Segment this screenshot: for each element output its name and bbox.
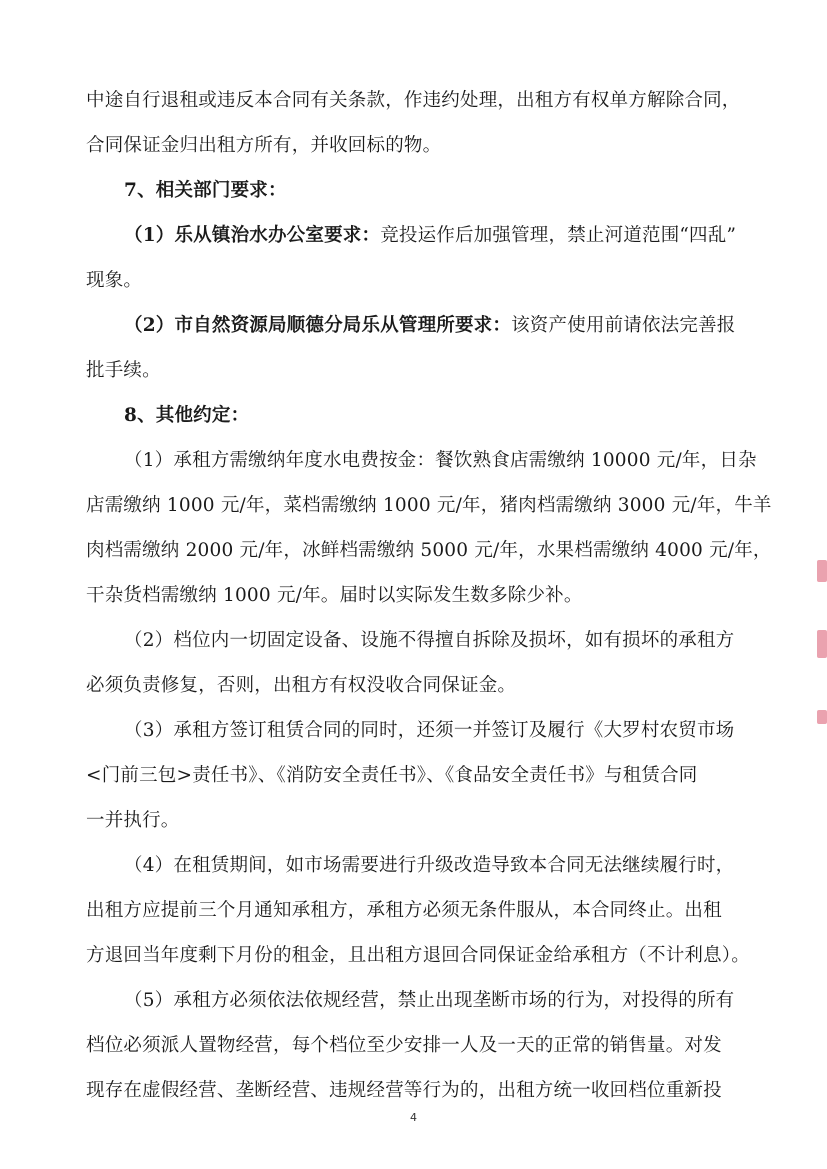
body-line: 中途自行退租或违反本合同有关条款，作违约处理，出租方有权单方解除合同， xyxy=(86,78,772,123)
item-label: （1）乐从镇治水办公室要求： xyxy=(124,225,380,246)
section-8-item-4: （4）在租赁期间，如市场需要进行升级改造导致本合同无法继续履行时， xyxy=(86,843,772,888)
body-line: 合同保证金归出租方所有，并收回标的物。 xyxy=(86,123,772,168)
item-text: 竞投运作后加强管理，禁止河道范围“四乱” xyxy=(380,225,736,246)
section-7-item-1: （1）乐从镇治水办公室要求：竞投运作后加强管理，禁止河道范围“四乱” xyxy=(86,213,772,258)
section-8-item-3: （3）承租方签订租赁合同的同时，还须一并签订及履行《大罗村农贸市场 xyxy=(86,708,772,753)
item-label: （2）市自然资源局顺德分局乐从管理所要求： xyxy=(124,315,511,336)
section-8-item-5: （5）承租方必须依法依规经营，禁止出现垄断市场的行为，对投得的所有 xyxy=(86,978,772,1023)
page-number: 4 xyxy=(0,1111,827,1124)
section-8-item-1: （1）承租方需缴纳年度水电费按金：餐饮熟食店需缴纳 10000 元/年，日杂 xyxy=(86,438,772,483)
body-line: 干杂货档需缴纳 1000 元/年。届时以实际发生数多除少补。 xyxy=(86,573,772,618)
body-line: 出租方应提前三个月通知承租方，承租方必须无条件服从，本合同终止。出租 xyxy=(86,888,772,933)
section-7-item-2: （2）市自然资源局顺德分局乐从管理所要求：该资产使用前请依法完善报 xyxy=(86,303,772,348)
seal-stamp-mark xyxy=(817,630,827,658)
body-line: 肉档需缴纳 2000 元/年，冰鲜档需缴纳 5000 元/年，水果档需缴纳 40… xyxy=(86,528,772,573)
body-line: 一并执行。 xyxy=(86,798,772,843)
section-8-heading: 8、其他约定： xyxy=(86,393,772,438)
item-text: 该资产使用前请依法完善报 xyxy=(511,315,735,336)
body-line: 现存在虚假经营、垄断经营、违规经营等行为的，出租方统一收回档位重新投 xyxy=(86,1068,772,1113)
section-7-heading: 7、相关部门要求： xyxy=(86,168,772,213)
document-page: 中途自行退租或违反本合同有关条款，作违约处理，出租方有权单方解除合同， 合同保证… xyxy=(86,78,772,1113)
body-line: 现象。 xyxy=(86,258,772,303)
body-line: 店需缴纳 1000 元/年，菜档需缴纳 1000 元/年，猪肉档需缴纳 3000… xyxy=(86,483,772,528)
body-line: 方退回当年度剩下月份的租金，且出租方退回合同保证金给承租方（不计利息）。 xyxy=(86,933,772,978)
seal-stamp-mark xyxy=(817,560,827,582)
body-line: 必须负责修复，否则，出租方有权没收合同保证金。 xyxy=(86,663,772,708)
body-line: <门前三包>责任书》、《消防安全责任书》、《食品安全责任书》与租赁合同 xyxy=(86,753,772,798)
seal-stamp-mark xyxy=(817,710,827,724)
body-line: 档位必须派人置物经营，每个档位至少安排一人及一天的正常的销售量。对发 xyxy=(86,1023,772,1068)
section-8-item-2: （2）档位内一切固定设备、设施不得擅自拆除及损坏，如有损坏的承租方 xyxy=(86,618,772,663)
body-line: 批手续。 xyxy=(86,348,772,393)
